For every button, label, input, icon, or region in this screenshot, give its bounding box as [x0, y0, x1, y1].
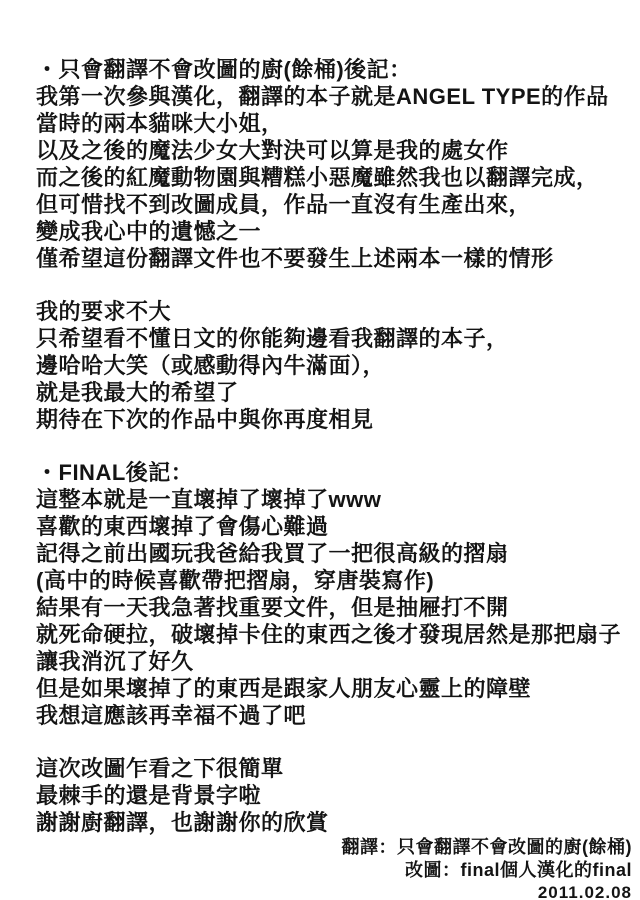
text-line: 我想這應該再幸福不過了吧: [36, 702, 630, 729]
afterword-page: ・只會翻譯不會改圖的廚(餘桶)後記：我第一次參與漢化，翻譯的本子就是ANGEL …: [0, 0, 640, 900]
text-line: 結果有一天我急著找重要文件，但是抽屜打不開: [36, 594, 630, 621]
text-line: 而之後的紅魔動物園與糟糕小惡魔雖然我也以翻譯完成，: [36, 164, 630, 191]
text-line: 但是如果壞掉了的東西是跟家人朋友心靈上的障壁: [36, 675, 630, 702]
text-line: 我第一次參與漢化，翻譯的本子就是ANGEL TYPE的作品: [36, 83, 630, 110]
text-line: 記得之前出國玩我爸給我買了一把很高級的摺扇: [36, 540, 630, 567]
text-line: (高中的時候喜歡帶把摺扇，穿唐裝寫作): [36, 567, 630, 594]
translator-credit: 翻譯：只會翻譯不會改圖的廚(餘桶): [342, 836, 633, 859]
date-stamp: 2011.02.08: [342, 882, 633, 900]
text-line: 讓我消沉了好久: [36, 648, 630, 675]
text-line: 喜歡的東西壞掉了會傷心難過: [36, 513, 630, 540]
blank-line: [36, 272, 630, 298]
text-line: 期待在下次的作品中與你再度相見: [36, 406, 630, 433]
text-line: 變成我心中的遺憾之一: [36, 218, 630, 245]
text-line: 就死命硬拉，破壞掉卡住的東西之後才發現居然是那把扇子: [36, 621, 630, 648]
text-line: 這次改圖乍看之下很簡單: [36, 755, 630, 782]
text-line: 但可惜找不到改圖成員，作品一直沒有生產出來，: [36, 191, 630, 218]
text-line: ・FINAL後記：: [36, 459, 630, 486]
text-line: 以及之後的魔法少女大對決可以算是我的處女作: [36, 137, 630, 164]
text-line: 最棘手的還是背景字啦: [36, 782, 630, 809]
afterword-text: ・只會翻譯不會改圖的廚(餘桶)後記：我第一次參與漢化，翻譯的本子就是ANGEL …: [36, 56, 630, 836]
text-line: 就是我最大的希望了: [36, 379, 630, 406]
text-line: 我的要求不大: [36, 298, 630, 325]
text-line: 邊哈哈大笑（或感動得內牛滿面），: [36, 352, 630, 379]
text-line: 謝謝廚翻譯，也謝謝你的欣賞: [36, 809, 630, 836]
text-line: 當時的兩本貓咪大小姐，: [36, 110, 630, 137]
blank-line: [36, 433, 630, 459]
blank-line: [36, 729, 630, 755]
credits-block: 翻譯：只會翻譯不會改圖的廚(餘桶) 改圖：final個人漢化的final 201…: [342, 836, 633, 900]
text-line: 只希望看不懂日文的你能夠邊看我翻譯的本子，: [36, 325, 630, 352]
text-line: ・只會翻譯不會改圖的廚(餘桶)後記：: [36, 56, 630, 83]
editor-credit: 改圖：final個人漢化的final: [342, 859, 633, 882]
text-line: 這整本就是一直壞掉了壞掉了www: [36, 486, 630, 513]
text-line: 僅希望這份翻譯文件也不要發生上述兩本一樣的情形: [36, 245, 630, 272]
